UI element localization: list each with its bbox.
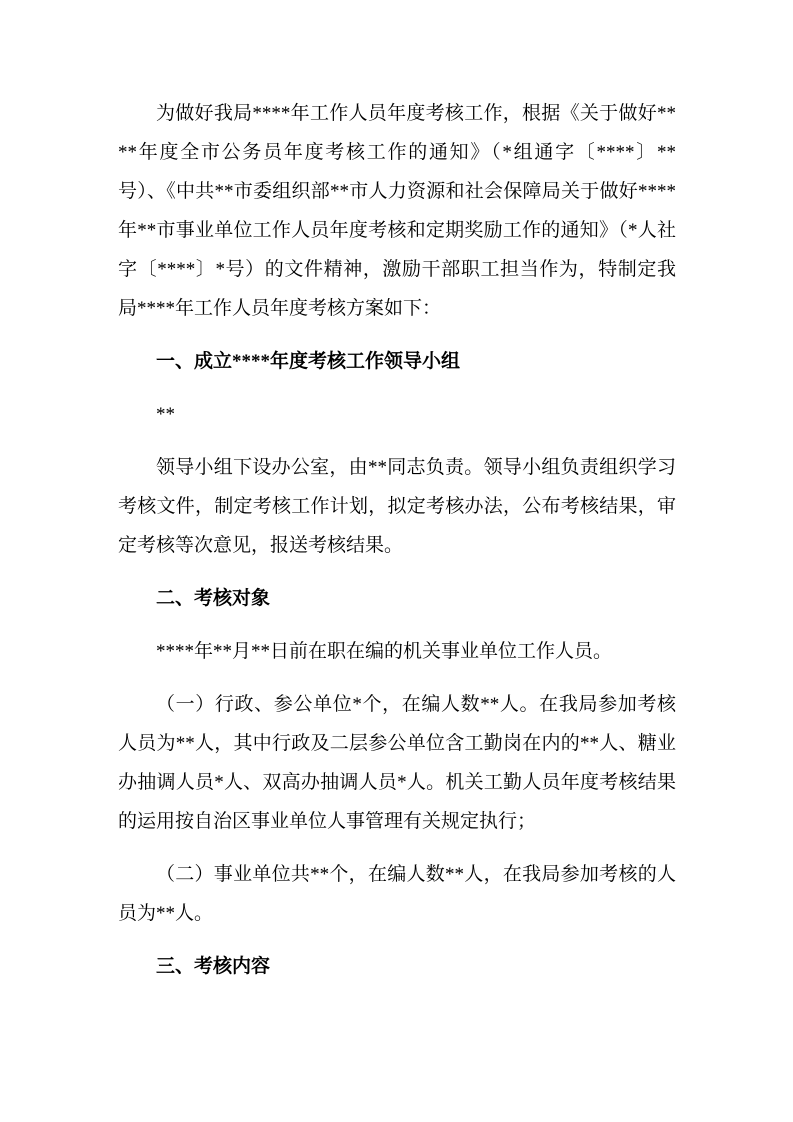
paragraph-leader-placeholder: ** (118, 395, 676, 434)
document-page: 为做好我局****年工作人员年度考核工作，根据《关于做好****年度全市公务员年… (0, 0, 793, 1122)
paragraph-intro: 为做好我局****年工作人员年度考核工作，根据《关于做好****年度全市公务员年… (118, 94, 676, 328)
paragraph-assessment-target: ****年**月**日前在职在编的机关事业单位工作人员。 (118, 632, 676, 671)
paragraph-item-1-admin-units: （一）行政、参公单位*个，在编人数**人。在我局参加考核人员为**人，其中行政及… (118, 685, 676, 841)
paragraph-item-2-public-institutions: （二）事业单位共**个，在编人数**人，在我局参加考核的人员为**人。 (118, 855, 676, 933)
section-heading-3: 三、考核内容 (118, 947, 676, 986)
section-heading-1: 一、成立****年度考核工作领导小组 (118, 342, 676, 381)
paragraph-leading-group-duties: 领导小组下设办公室，由**同志负责。领导小组负责组织学习考核文件，制定考核工作计… (118, 448, 676, 565)
section-heading-2: 二、考核对象 (118, 579, 676, 618)
